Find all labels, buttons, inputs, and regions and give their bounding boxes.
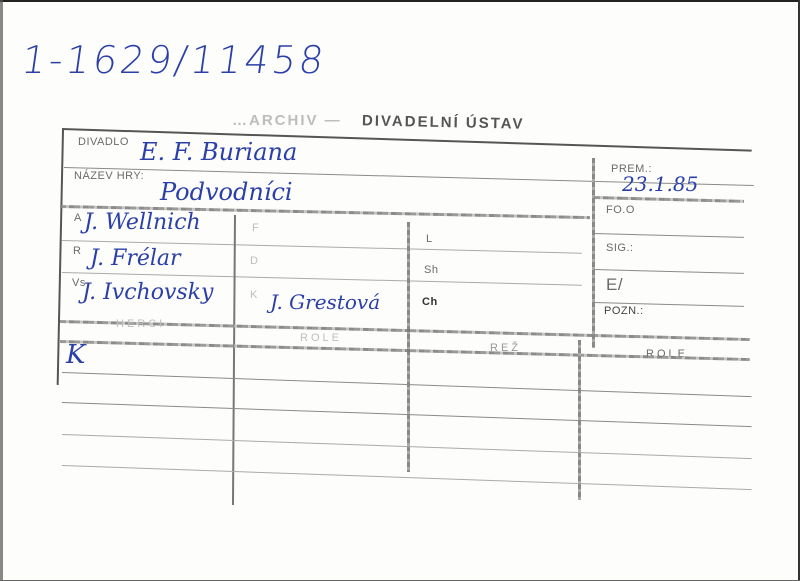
sig-underline (594, 269, 744, 274)
prem-value: 23.1.85 (622, 172, 698, 196)
a-label: A (74, 212, 82, 224)
foto-underline (594, 233, 744, 238)
e-label: E/ (606, 275, 623, 295)
d-label: D (250, 255, 258, 267)
r-label: R (73, 245, 81, 257)
col-divider-1 (232, 215, 236, 505)
ch-label: Ch (422, 296, 438, 308)
form-left-line (57, 130, 64, 385)
right-column-divider (592, 158, 595, 348)
vs-value: J. Ivchovsky (82, 280, 213, 305)
sig-label: SIG.: (606, 242, 634, 254)
k-label: K (250, 289, 258, 301)
a-value: J. Wellnich (84, 210, 201, 235)
nazev-hry-value: Podvodníci (160, 178, 293, 206)
foto-label: FO.O (606, 204, 635, 216)
divadlo-label: DIVADLO (78, 136, 129, 148)
r-value: J. Frélar (90, 246, 181, 271)
table-header-role-1: ROLE (300, 332, 342, 344)
nazev-hry-label: NÁZEV HRY: (74, 170, 144, 182)
stamp-header-faded: …ARCHIV — (232, 112, 342, 129)
inventory-number: 1-1629/11458 (19, 38, 329, 82)
sh-label: Sh (424, 264, 438, 276)
table-first-entry: K (66, 340, 85, 370)
stamp-header: DIVADELNÍ ÚSTAV (362, 112, 525, 132)
l-label: L (426, 233, 433, 245)
table-header-herci: HERCI (116, 318, 165, 330)
pozn-label: POZN.: (604, 305, 644, 317)
divadlo-value: E. F. Buriana (140, 138, 297, 166)
f-label: F (252, 222, 259, 234)
photo-edge-left (0, 0, 3, 581)
photo-edge-top (0, 0, 800, 2)
k-value: J. Grestová (270, 290, 380, 314)
col-divider-2 (407, 222, 410, 472)
prem-underline (594, 196, 744, 203)
